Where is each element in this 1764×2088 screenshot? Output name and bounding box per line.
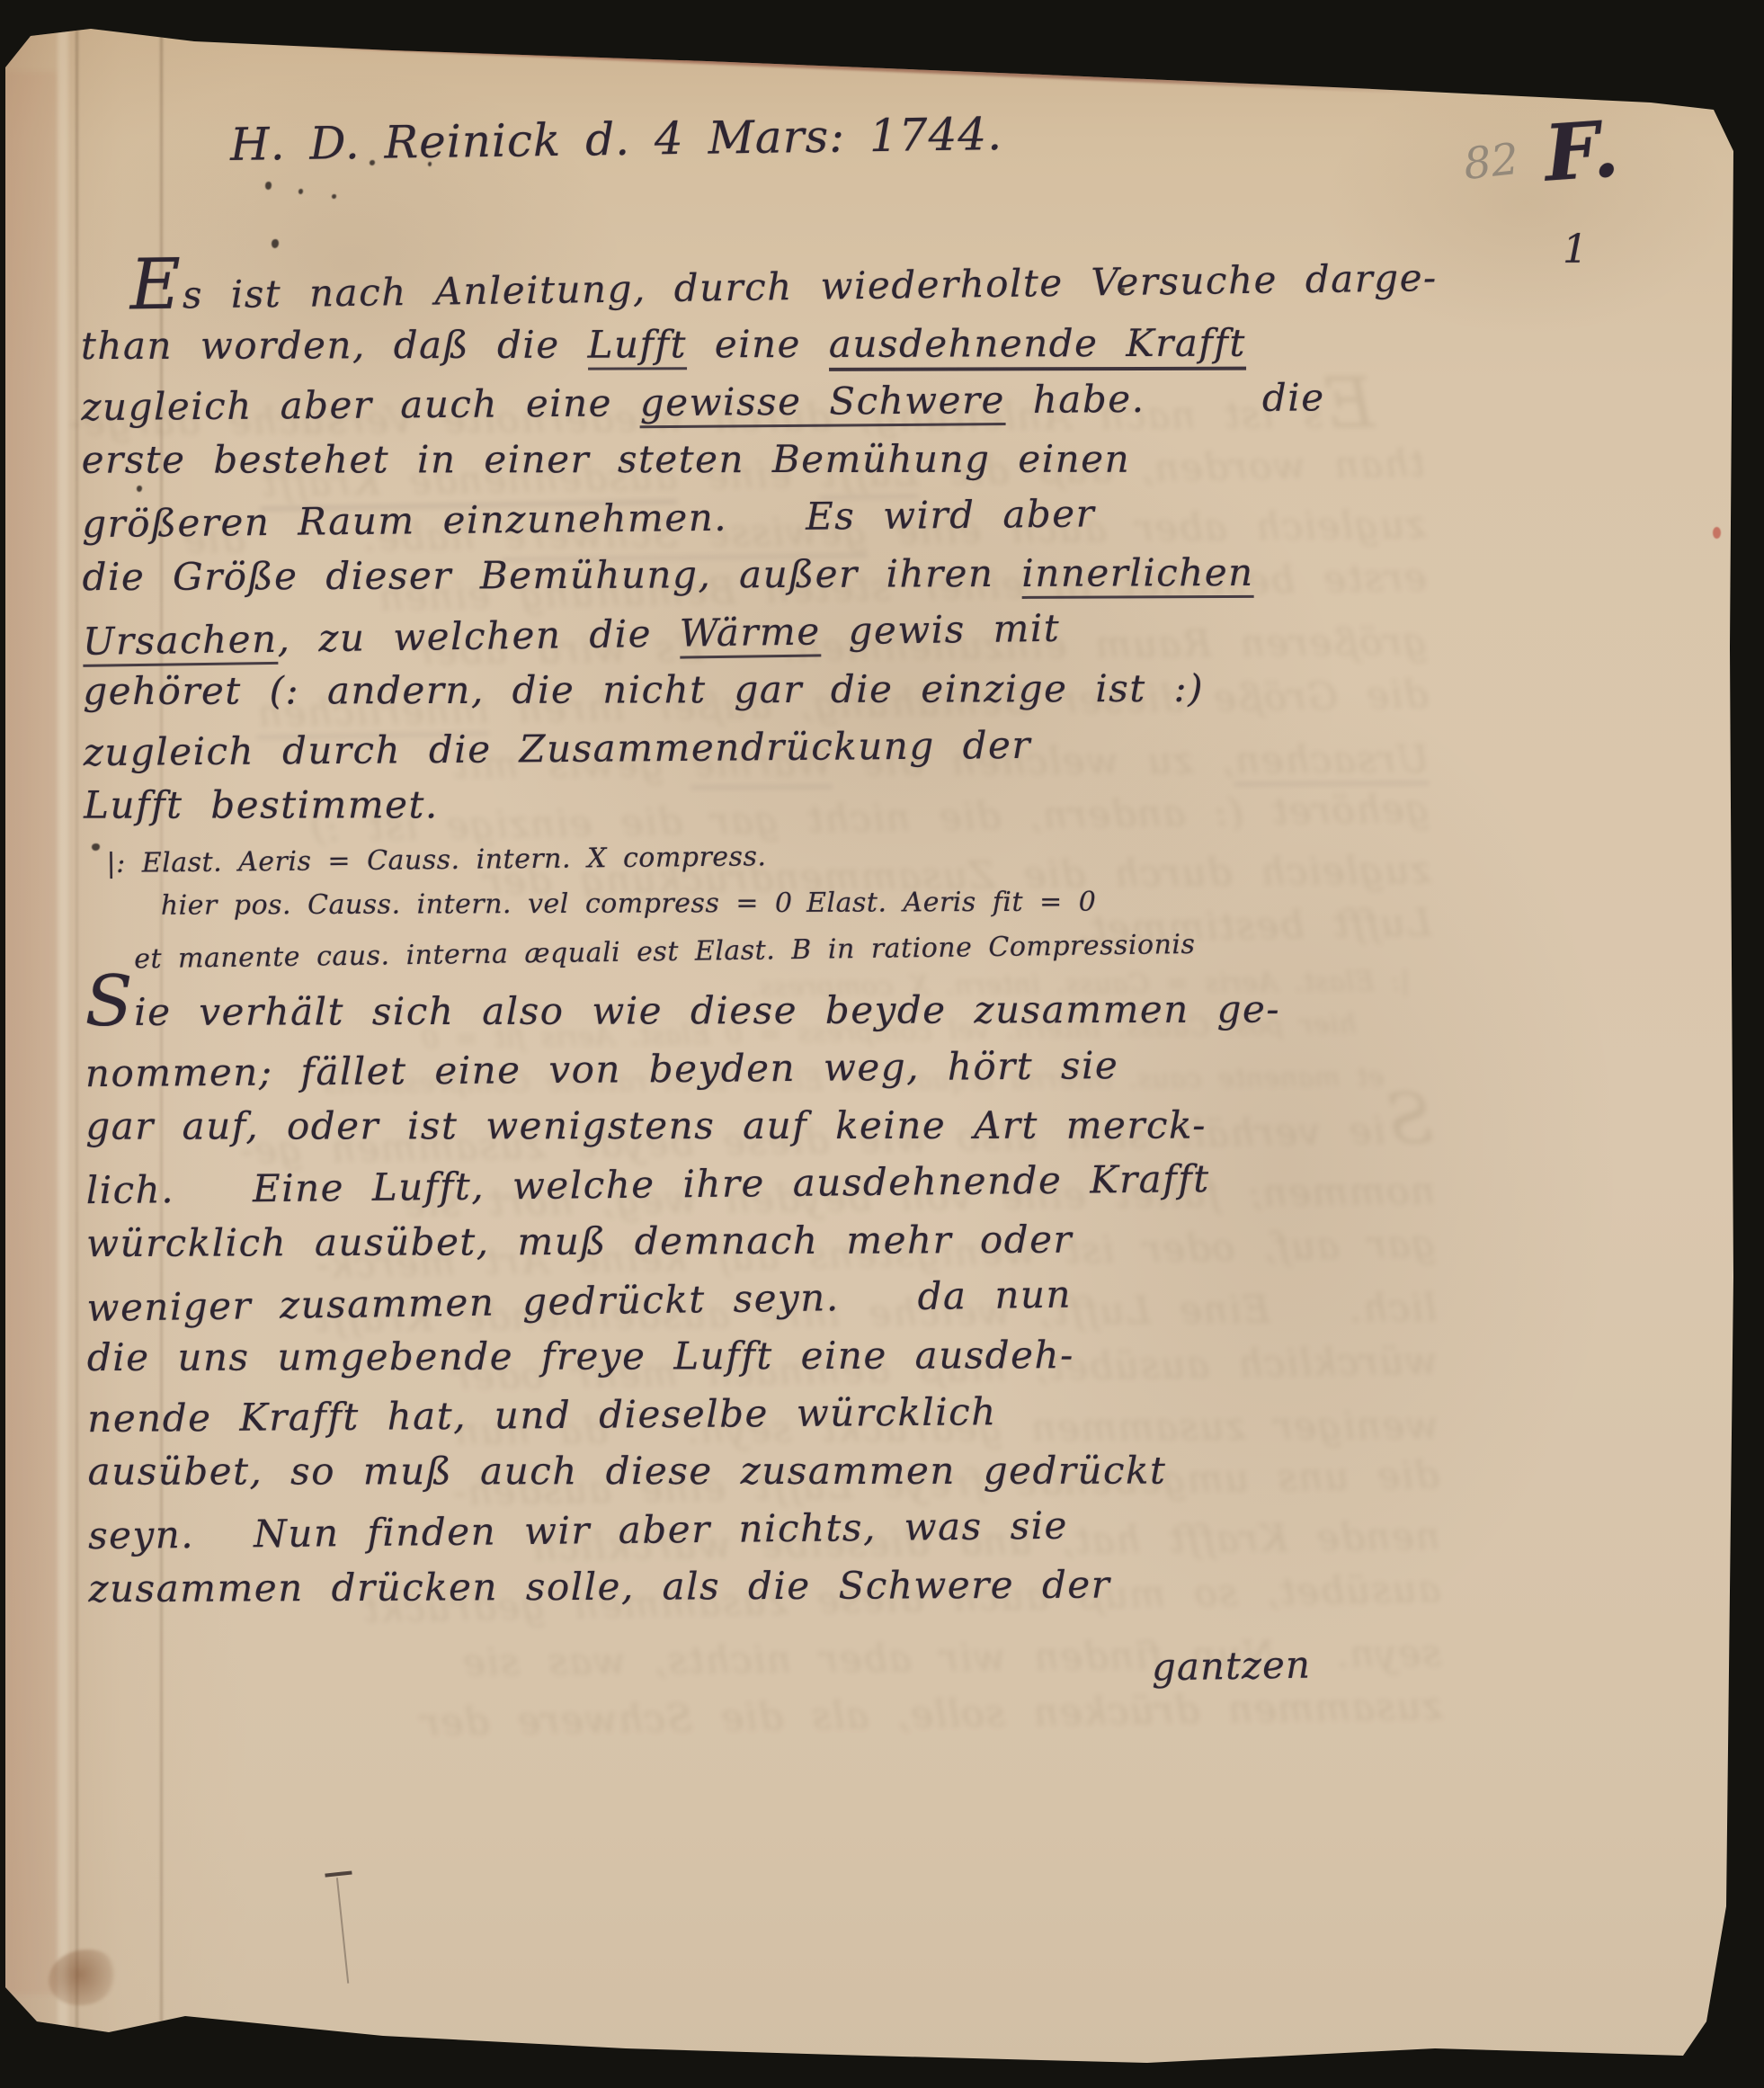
manuscript-line: Lufft bestimmet. (84, 775, 1486, 834)
manuscript-line: seyn. Nun finden wir aber nichts, was si… (88, 1493, 1492, 1565)
manuscript-line: than worden, daß die Lufft eine ausdehne… (81, 314, 1483, 375)
manuscript-line: nommen; fället eine von beyden weg, hört… (85, 1034, 1488, 1102)
manuscript-line: zusammen drücken solle, als die Schwere … (88, 1555, 1491, 1618)
archival-page-number: 82 (1461, 134, 1521, 190)
ink-speck (332, 194, 336, 199)
manuscript-line: zugleich aber auch eine gewisse Schwere … (81, 368, 1483, 436)
manuscript-page: Es ist nach Anleitung, durch wiederholte… (5, 18, 1733, 2066)
manuscript-line: nende Krafft hat, und dieselbe würcklich (87, 1379, 1490, 1448)
manuscript-line: gehöret (: andern, die nicht gar die ein… (83, 659, 1485, 720)
gutter-edge-tint (5, 72, 58, 1994)
manuscript-line: zusammen drücken solle, als die Schwere … (40, 1677, 1443, 1757)
ink-speck (298, 189, 303, 194)
ink-speck (272, 239, 279, 248)
top-edge-stain (275, 38, 1434, 94)
gutter-highlight (58, 18, 68, 2066)
manuscript-line: größeren Raum einzunehmen. Es wird aber (82, 481, 1485, 553)
manuscript-line: die uns umgebende freye Lufft eine ausde… (87, 1325, 1490, 1387)
gutter-crease (76, 18, 78, 2066)
manuscript-line: Es ist nach Anleitung, durch wiederholte… (129, 240, 1483, 325)
folio-letter: F. (1542, 103, 1622, 199)
ink-speck (265, 182, 272, 190)
edge-speck (1713, 527, 1721, 539)
manuscript-body: Es ist nach Anleitung, durch wiederholte… (80, 245, 1491, 1620)
manuscript-line: gar auf, oder ist wenigstens auf keine A… (85, 1096, 1488, 1155)
catchword: gantzen (1152, 1642, 1312, 1689)
manuscript-line: zugleich durch die Zusammendrückung der (84, 713, 1486, 781)
manuscript-line: Sie verhält sich also wie diese beyde zu… (85, 972, 1487, 1041)
manuscript-line: ausübet, so muß auch diese zusammen gedr… (88, 1441, 1491, 1500)
photo-background: Es ist nach Anleitung, durch wiederholte… (0, 0, 1764, 2088)
manuscript-line: lich. Eine Lufft, welche ihre ausdehnend… (85, 1147, 1489, 1219)
folio-number: 1 (1563, 227, 1588, 272)
page-title: H. D. Reinick d. 4 Mars: 1744. (230, 108, 1003, 171)
manuscript-line: erste bestehet in einer steten Bemühung … (82, 430, 1484, 488)
pen-trial-mark (325, 1870, 352, 1886)
